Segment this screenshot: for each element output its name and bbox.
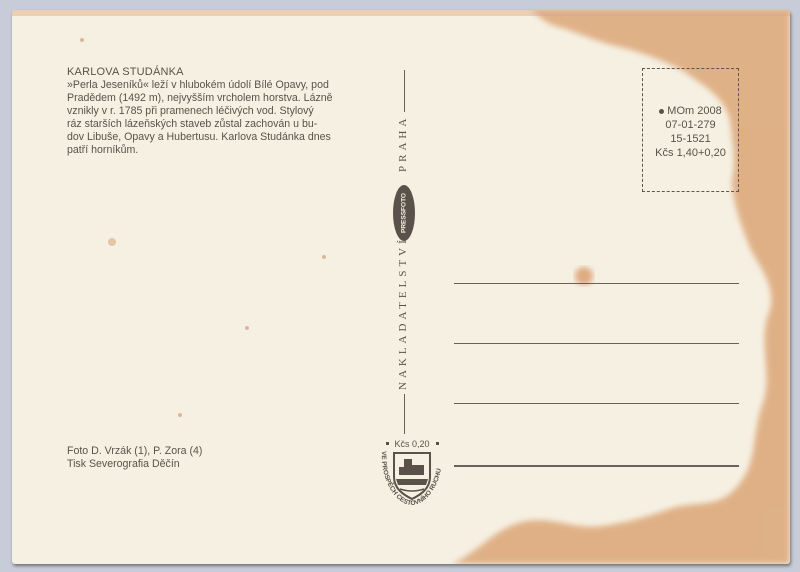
- description-line: »Perla Jeseníků« leží v hlubokém údolí B…: [67, 79, 367, 92]
- stamp-box: MOm 2008 07-01-279 15-1521 Kčs 1,40+0,20: [642, 68, 739, 192]
- credits-block: Foto D. Vrzák (1), P. Zora (4) Tisk Seve…: [67, 445, 202, 471]
- publisher-city: PRAHA: [397, 115, 409, 172]
- stamp-number: 07-01-279: [643, 118, 738, 132]
- description-line: vznikly v r. 1785 při pramenech léčivých…: [67, 105, 367, 118]
- address-line: [454, 343, 739, 344]
- print-credit: Tisk Severografia Děčín: [67, 458, 202, 471]
- pressfoto-logo: PRESSFOTO: [393, 185, 415, 241]
- stamp-series: 15-1521: [643, 132, 738, 146]
- photo-credit: Foto D. Vrzák (1), P. Zora (4): [67, 445, 202, 458]
- description-line: patří horníkům.: [67, 144, 367, 157]
- postcard-back: KARLOVA STUDÁNKA »Perla Jeseníků« leží v…: [12, 10, 790, 564]
- divider-line-top: [404, 70, 405, 112]
- address-line: [454, 283, 739, 284]
- divider-line-bottom: [404, 394, 405, 434]
- stamp-code: MOm 2008: [667, 105, 721, 117]
- bullet-icon: [659, 109, 664, 114]
- address-line: [454, 403, 739, 404]
- description-title: KARLOVA STUDÁNKA: [67, 66, 367, 79]
- castle-emblem-icon: Kčs 0,20 VE PROSPĚCH CESTOVNÍHO RUCHU: [372, 437, 452, 509]
- description-block: KARLOVA STUDÁNKA »Perla Jeseníků« leží v…: [67, 66, 367, 157]
- svg-text:Kčs 0,20: Kčs 0,20: [394, 439, 429, 449]
- publisher-name: NAKLADATELSTVÍ: [397, 236, 409, 390]
- description-line: ráz starších lázeňských staveb zůstal za…: [67, 118, 367, 131]
- description-line: dov Libuše, Opavy a Hubertusu. Karlova S…: [67, 131, 367, 144]
- stamp-price: Kčs 1,40+0,20: [643, 146, 738, 160]
- address-line: [454, 465, 739, 467]
- description-line: Pradědem (1492 m), nejvyšším vrcholem ho…: [67, 92, 367, 105]
